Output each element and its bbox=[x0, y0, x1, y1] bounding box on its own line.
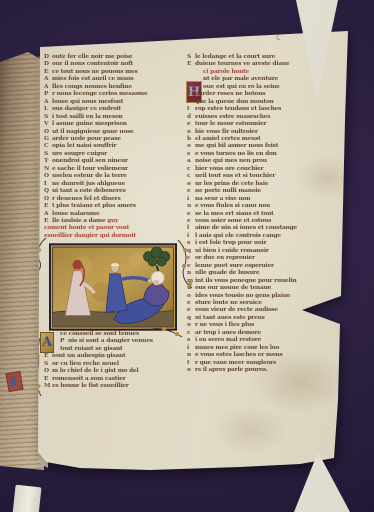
line-text: opia lei naioi souffrir bbox=[52, 143, 116, 149]
text-line: Egarder roses ne botons bbox=[187, 91, 337, 98]
line-initial: e bbox=[187, 99, 195, 106]
line-text: ut il nagiguieue gune uose bbox=[52, 129, 134, 135]
line-initial: E bbox=[44, 218, 52, 225]
text-line: si en seres mal restore bbox=[187, 337, 337, 344]
text-line: Ouselen esteur de la terre bbox=[44, 173, 182, 180]
line-text: lle iaulsie a dame bbox=[52, 218, 105, 224]
line-initial: S bbox=[44, 114, 52, 121]
line-initial: e bbox=[187, 121, 195, 128]
line-text: romensoit a som castier bbox=[52, 376, 126, 382]
line-initial: S bbox=[44, 151, 52, 158]
line-text: el amiel certes meust bbox=[195, 136, 261, 142]
text-line: tr que vaus meer sungleors bbox=[187, 360, 337, 367]
line-initial: D bbox=[44, 61, 52, 68]
line-text: our il nons contentoir noft bbox=[52, 61, 133, 67]
line-text: m lo chief de le i gist mo del bbox=[52, 368, 138, 374]
text-line: Alouse qui nous mesfont bbox=[44, 99, 182, 106]
line-initial: S bbox=[44, 361, 52, 368]
line-text: nunes mes pire cour les loo bbox=[195, 345, 279, 351]
text-line: uous our nouue de tenaue bbox=[187, 285, 337, 292]
line-initial: i bbox=[187, 233, 195, 240]
line-text: int ils vous peneque pour ruuelin bbox=[195, 278, 297, 284]
line-text: ui tant aues este preus bbox=[195, 315, 265, 321]
line-text: ur les prins de cete baie bbox=[195, 181, 268, 187]
line-text: ui tant a este deboneres bbox=[52, 188, 126, 194]
text-line: eque la queue dun mouton bbox=[187, 99, 337, 106]
line-text: ure sougre cuigur bbox=[52, 151, 107, 157]
text-line: Tonendroi quil sen nineur bbox=[44, 158, 182, 165]
line-text: ides vous tousio no gens plaiue bbox=[195, 293, 290, 299]
line-text: ar trop i aues demore bbox=[195, 330, 261, 336]
text-line: elenne puet sure esperuier bbox=[187, 263, 337, 270]
line-text: r deuenes fel et diuers bbox=[52, 196, 121, 202]
text-line: Puis si sont a dangier venues bbox=[60, 338, 182, 345]
line-initial: s bbox=[187, 240, 195, 247]
line-text: or due en reprouier bbox=[195, 255, 255, 261]
line-text: ne dunroit jus ahlgueue bbox=[52, 181, 125, 187]
text-line: Dour il nons contentoir noft bbox=[44, 61, 182, 68]
text-line: evous soier soue et estous bbox=[187, 218, 337, 225]
text-line: Doute fer elle noir me poise bbox=[44, 54, 182, 61]
line-initial: o bbox=[187, 143, 195, 150]
line-initial: q bbox=[187, 315, 195, 322]
text-line: our les prins de cete baie bbox=[187, 181, 337, 188]
line-text: esueillier dangier qui dormoit bbox=[44, 233, 136, 239]
text-line: Amies fois est auril ce muos bbox=[44, 76, 182, 83]
line-text: arder uede pour pease bbox=[52, 136, 121, 142]
text-line: qui bien i cuide remanoir bbox=[187, 248, 337, 255]
ivy-spray-left bbox=[32, 236, 48, 276]
text-line: Ece tout nous ne pouons mes bbox=[44, 69, 182, 76]
text-line: se vous tornes no lis en don bbox=[187, 151, 337, 158]
text-line: Mes bonne le fist esueillier bbox=[44, 383, 182, 390]
text-line: evous vieur de recte audisse bbox=[187, 307, 337, 314]
line-text: e vous estes lasches er mous bbox=[195, 352, 283, 358]
line-text: l asune guine mesprison bbox=[52, 121, 127, 127]
line-text: uselen esteur de la terre bbox=[52, 173, 127, 179]
text-line: Afles cougs nonnes henfine bbox=[44, 84, 182, 91]
line-initial: c bbox=[187, 330, 195, 337]
text-line: ome qui bil asmer nous feist bbox=[187, 143, 337, 150]
line-initial: E bbox=[44, 69, 52, 76]
line-text: ce tout nous ne pouons mes bbox=[52, 69, 138, 75]
line-initial: E bbox=[187, 61, 195, 68]
text-line: ese la mes ert sians et tout bbox=[187, 211, 337, 218]
line-text: garder roses ne botons bbox=[195, 91, 265, 97]
line-initial: s bbox=[187, 151, 195, 158]
line-initial: o bbox=[187, 367, 195, 374]
text-line: Si tost sailli en la meson bbox=[44, 114, 182, 121]
line-initial: e bbox=[187, 218, 195, 225]
line-initial: E bbox=[44, 203, 52, 210]
line-text: i tost sailli en la meson bbox=[52, 114, 123, 120]
line-initial: P bbox=[60, 338, 68, 345]
line-initial: N bbox=[44, 166, 52, 173]
text-line: ina seur a vise non bbox=[187, 196, 337, 203]
line-text: que la queue dun mouton bbox=[195, 99, 274, 105]
line-text: aime de uin si iones et constange bbox=[195, 225, 297, 231]
text-line: Om lo chief de le i gist mo del bbox=[44, 368, 182, 375]
line-initial: u bbox=[187, 285, 195, 292]
line-text: ous our nouue de tenaue bbox=[195, 285, 271, 291]
line-initial: Q bbox=[44, 188, 52, 195]
text-line: ce consseil se sont tenues bbox=[60, 331, 182, 338]
text-line: deuisses estre suasesches bbox=[187, 114, 337, 121]
text-line: etour le mour estoumier bbox=[187, 121, 337, 128]
line-initial: G bbox=[44, 136, 52, 143]
line-text: tout ruiant se gisant bbox=[60, 346, 123, 352]
text-line: ne vous estes lasches er mous bbox=[187, 352, 337, 359]
line-text: na seur a vise non bbox=[195, 196, 250, 202]
text-line: Ne sache il tour voliemeur bbox=[44, 166, 182, 173]
line-text: me qui bil asmer nous feist bbox=[195, 143, 278, 149]
line-initial: b bbox=[187, 136, 195, 143]
line-initial: e bbox=[187, 263, 195, 270]
line-initial: c bbox=[187, 255, 195, 262]
line-text: louse nalarume bbox=[52, 211, 99, 217]
line-initial: l bbox=[187, 225, 195, 232]
rubric-line: esueillier dangier qui dormoit bbox=[44, 233, 182, 240]
line-text: rs il apres parle pouros. bbox=[195, 367, 268, 373]
line-initial: q bbox=[187, 248, 195, 255]
line-initial: e bbox=[187, 211, 195, 218]
line-text: es bonne le fist esueillier bbox=[52, 383, 129, 389]
line-text: ce consseil se sont tenues bbox=[60, 331, 139, 337]
line-text: noise qui mes nen prou bbox=[195, 158, 267, 164]
text-line: ue vous fiules si canu nou bbox=[187, 203, 337, 210]
line-initial: c bbox=[187, 173, 195, 180]
text-line: chier vous ore couchier bbox=[187, 166, 337, 173]
manuscript-photo: 24 Doute fer elle noir me poiseDour il n… bbox=[0, 0, 374, 512]
text-line: cor due en reprouier bbox=[187, 255, 337, 262]
line-initial: D bbox=[44, 54, 52, 61]
text-line: Esont un aubespin gisant bbox=[44, 353, 182, 360]
line-initial: E bbox=[44, 353, 52, 360]
line-initial: O bbox=[44, 196, 52, 203]
text-line: or ne vous i fies plus bbox=[187, 322, 337, 329]
line-initial: I bbox=[44, 181, 52, 188]
rubric-line: coment honte et paour vont bbox=[44, 225, 182, 232]
miniature-painting bbox=[49, 243, 177, 331]
right-column-text: Sle ledange et la court sureEduiene tour… bbox=[187, 54, 337, 374]
text-line: Alouse nalarume bbox=[44, 211, 182, 218]
text-line: inunes mes pire cour les loo bbox=[187, 345, 337, 352]
line-initial: t bbox=[187, 360, 195, 367]
line-initial: c bbox=[187, 166, 195, 173]
line-initial: S bbox=[187, 54, 195, 61]
line-text: ueil tout sus et si touchier bbox=[195, 173, 275, 179]
line-initial: O bbox=[44, 173, 52, 180]
text-line: Garder uede pour pease bbox=[44, 136, 182, 143]
text-line: Sor cu lieu reche neuel bbox=[44, 361, 182, 368]
line-initial: O bbox=[44, 368, 52, 375]
line-initial: M bbox=[44, 383, 52, 390]
text-line: Out il nagiguieue gune uose bbox=[44, 129, 182, 136]
line-text: ui bien i cuide remanoir bbox=[195, 248, 269, 254]
line-text: nt ele par male aventure bbox=[203, 76, 278, 82]
line-text: tour le mour estoumier bbox=[195, 121, 266, 127]
line-text: ne porte nulli manoie bbox=[195, 188, 261, 194]
line-text: louse qui nous mesfont bbox=[52, 99, 123, 105]
text-line: Elle iaulsie a dame guy bbox=[44, 218, 182, 225]
line-initial: A bbox=[44, 99, 52, 106]
left-column-upper-text: Doute fer elle noir me poiseDour il nons… bbox=[44, 54, 182, 240]
line-initial: P bbox=[44, 91, 52, 98]
line-initial: o bbox=[187, 129, 195, 136]
text-line: Sure sougre cuigur bbox=[44, 151, 182, 158]
text-line: esture loute ne seruice bbox=[187, 300, 337, 307]
line-initial: e bbox=[187, 300, 195, 307]
line-text: euisses estre suasesches bbox=[195, 114, 270, 120]
line-initial: E bbox=[44, 376, 52, 383]
line-text: vous vieur de recte audisse bbox=[195, 307, 278, 313]
line-text: e vous tornes no lis en don bbox=[195, 151, 277, 157]
text-line: laime de uin si iones et constange bbox=[187, 225, 337, 232]
text-line: bel amiel certes meust bbox=[187, 136, 337, 143]
line-text: i en seres mal restore bbox=[195, 337, 261, 343]
line-text: le ledange et la court sure bbox=[195, 54, 275, 60]
text-line: Ine dunroit jus ahlgueue bbox=[44, 181, 182, 188]
line-text: r ne vous i fies plus bbox=[195, 322, 254, 328]
line-text: ci parole honte bbox=[203, 69, 249, 75]
text-line: ene porte nulli manoie bbox=[187, 188, 337, 195]
line-text: l auis qui ele controis cange bbox=[195, 233, 281, 239]
text-line: oides vous tousio no gens plaiue bbox=[187, 293, 337, 300]
line-initial: E bbox=[187, 91, 195, 98]
line-initial: o bbox=[187, 181, 195, 188]
rubric-tail: guy bbox=[105, 218, 118, 224]
text-line: Pr nons lecenge cerios mesasme bbox=[44, 91, 182, 98]
text-line: nulle guade de busure bbox=[187, 270, 337, 277]
text-line: Or deuenes fel et diuers bbox=[44, 196, 182, 203]
line-text: oute fer elle noir me poise bbox=[52, 54, 132, 60]
line-initial: u bbox=[187, 203, 195, 210]
text-line: obie vous fir oultroier bbox=[187, 129, 337, 136]
line-text: i est fole trop pour uoir bbox=[195, 240, 266, 246]
line-text: lenne puet sure esperuier bbox=[195, 263, 274, 269]
line-initial: O bbox=[44, 129, 52, 136]
text-line: il auis qui ele controis cange bbox=[187, 233, 337, 240]
line-initial: V bbox=[44, 121, 52, 128]
text-line: car trop i aues demore bbox=[187, 330, 337, 337]
text-line: anoise qui mes nen prou bbox=[187, 158, 337, 165]
line-text: duiene tournes vo areste diaue bbox=[195, 61, 289, 67]
line-text: t plus traianz et plus amers bbox=[52, 203, 136, 209]
line-initial: e bbox=[187, 188, 195, 195]
line-initial: d bbox=[187, 114, 195, 121]
text-line: si est fole trop pour uoir bbox=[187, 240, 337, 247]
line-text: r nons lecenge cerios mesasme bbox=[52, 91, 147, 97]
line-initial: s bbox=[187, 337, 195, 344]
text-line: tout ruiant se gisant bbox=[60, 346, 182, 353]
line-initial: A bbox=[44, 211, 52, 218]
line-text: hier vous ore couchier bbox=[195, 166, 263, 172]
line-initial: T bbox=[44, 158, 52, 165]
text-line: ors il apres parle pouros. bbox=[187, 367, 337, 374]
line-initial: a bbox=[187, 158, 195, 165]
text-line: Vl asune guine mesprison bbox=[44, 121, 182, 128]
line-initial: o bbox=[187, 322, 195, 329]
line-initial: n bbox=[187, 352, 195, 359]
miniature-honte-paour-dangier bbox=[49, 243, 177, 331]
left-column-lower-text: ce consseil se sont tenuesPuis si sont a… bbox=[44, 331, 182, 391]
line-text: onendroi quil sen nineur bbox=[52, 158, 128, 164]
line-text: ulle guade de busure bbox=[195, 270, 259, 276]
line-text: coment honte et paour vont bbox=[44, 225, 129, 231]
text-line: Et plus traianz et plus amers bbox=[44, 203, 182, 210]
line-text: se la mes ert sians et tout bbox=[195, 211, 274, 217]
line-text: e sache il tour voliemeur bbox=[52, 166, 128, 172]
line-text: fles cougs nonnes henfine bbox=[52, 84, 132, 90]
text-line: cueil tout sus et si touchier bbox=[187, 173, 337, 180]
line-initial: L bbox=[44, 106, 52, 113]
line-text: sture loute ne seruice bbox=[195, 300, 262, 306]
line-initial: A bbox=[44, 84, 52, 91]
line-initial: i bbox=[187, 196, 195, 203]
text-line: qui tant aues este preus bbox=[187, 315, 337, 322]
marginal-ink-mark bbox=[274, 33, 281, 41]
text-line: mint ils vous peneque pour ruuelin bbox=[187, 278, 337, 285]
line-initial: e bbox=[187, 307, 195, 314]
line-initial: A bbox=[44, 76, 52, 83]
text-line: Eromensoit a som castier bbox=[44, 376, 182, 383]
line-text: ous dauiger ce endroit bbox=[52, 106, 121, 112]
line-initial: C bbox=[44, 143, 52, 150]
line-text: oue est qui en ro la seine bbox=[203, 84, 280, 90]
text-line: Copia lei naioi souffrir bbox=[44, 143, 182, 150]
line-text: vous soier soue et estous bbox=[195, 218, 271, 224]
line-initial: n bbox=[187, 270, 195, 277]
line-text: bie vous fir oultroier bbox=[195, 129, 258, 135]
line-text: r que vaus meer sungleors bbox=[195, 360, 276, 366]
text-line: trop estes tendans et lasches bbox=[187, 106, 337, 113]
text-line: Qui tant a este deboneres bbox=[44, 188, 182, 195]
line-text: e vous fiules si canu nou bbox=[195, 203, 270, 209]
line-text: mies fois est auril ce muos bbox=[52, 76, 134, 82]
text-line: Lous dauiger ce endroit bbox=[44, 106, 182, 113]
line-text: uis si sont a dangier venues bbox=[68, 338, 153, 344]
line-text: or cu lieu reche neuel bbox=[52, 361, 119, 367]
line-initial: t bbox=[187, 106, 195, 113]
line-initial: o bbox=[187, 293, 195, 300]
line-text: sont un aubespin gisant bbox=[52, 353, 126, 359]
line-initial: i bbox=[187, 345, 195, 352]
line-text: rop estes tendans et lasches bbox=[195, 106, 281, 112]
line-initial: m bbox=[187, 278, 195, 285]
